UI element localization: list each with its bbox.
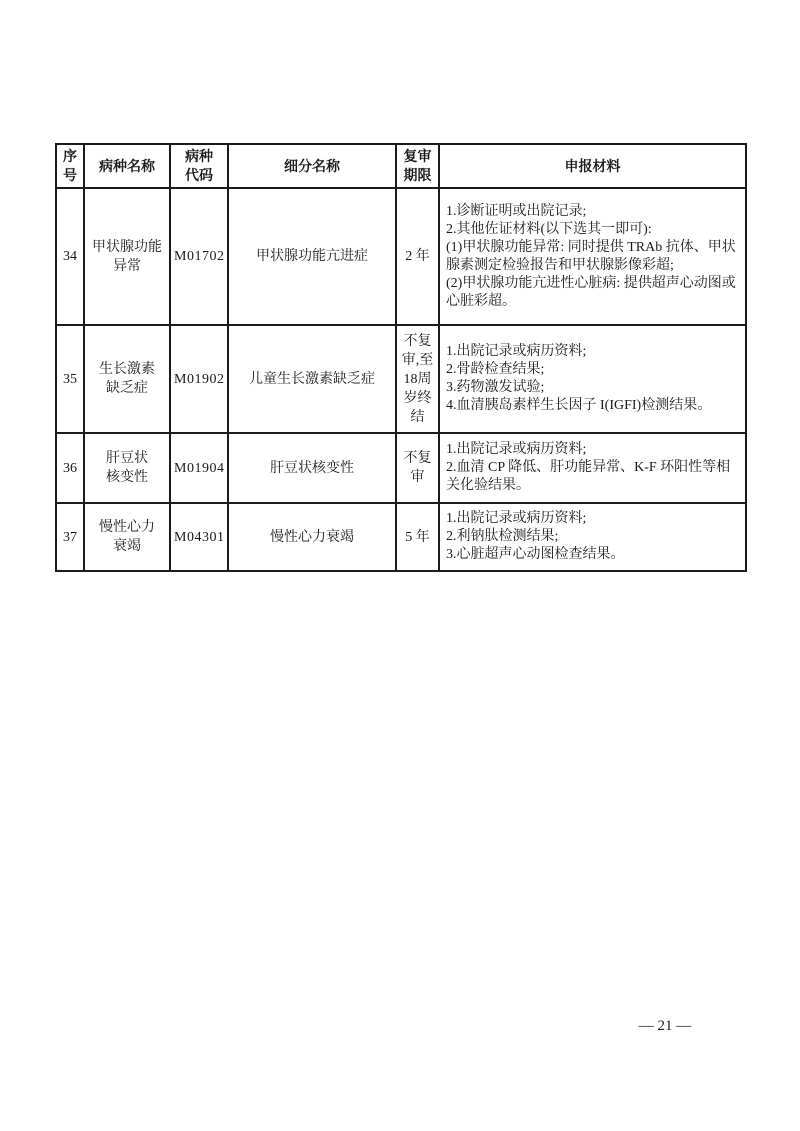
cell-materials: 1.出院记录或病历资料;2.利钠肽检测结果;3.心脏超声心动图检查结果。 [439,503,746,571]
cell-no: 35 [56,325,84,433]
cell-subdivision: 儿童生长激素缺乏症 [228,325,396,433]
disease-review-table: 序 号 病种名称 病种 代码 细分名称 复审 期限 申报材料 34 甲状腺功能 … [55,143,747,572]
table-row: 37 慢性心力 衰竭 M04301 慢性心力衰竭 5 年 1.出院记录或病历资料… [56,503,746,571]
cell-subdivision: 甲状腺功能亢进症 [228,188,396,325]
cell-disease-name: 甲状腺功能 异常 [84,188,170,325]
table-row: 35 生长激素 缺乏症 M01902 儿童生长激素缺乏症 不复审,至18周岁终结… [56,325,746,433]
table-row: 34 甲状腺功能 异常 M01702 甲状腺功能亢进症 2 年 1.诊断证明或出… [56,188,746,325]
material-item: 1.诊断证明或出院记录; [446,203,739,221]
page-number: — 21 — [600,1018,730,1035]
cell-disease-code: M01902 [170,325,228,433]
table-row: 36 肝豆状 核变性 M01904 肝豆状核变性 不复审 1.出院记录或病历资料… [56,433,746,503]
cell-disease-name: 慢性心力 衰竭 [84,503,170,571]
document-page: 序 号 病种名称 病种 代码 细分名称 复审 期限 申报材料 34 甲状腺功能 … [0,0,800,1131]
material-item: 3.心脏超声心动图检查结果。 [446,546,739,564]
cell-materials: 1.出院记录或病历资料;2.骨龄检查结果;3.药物激发试验;4.血清胰岛素样生长… [439,325,746,433]
material-item: 2.骨龄检查结果; [446,361,739,379]
cell-review-period: 不复审 [396,433,439,503]
material-item: 1.出院记录或病历资料; [446,510,739,528]
cell-disease-name: 生长激素 缺乏症 [84,325,170,433]
header-disease-name: 病种名称 [84,144,170,188]
cell-disease-code: M01702 [170,188,228,325]
cell-materials: 1.诊断证明或出院记录;2.其他佐证材料(以下选其一即可):(1)甲状腺功能异常… [439,188,746,325]
material-item: 1.出院记录或病历资料; [446,343,739,361]
cell-no: 37 [56,503,84,571]
header-review-period: 复审 期限 [396,144,439,188]
cell-no: 36 [56,433,84,503]
header-disease-code: 病种 代码 [170,144,228,188]
material-item: (2)甲状腺功能亢进性心脏病: 提供超声心动图或心脏彩超。 [446,275,739,311]
material-item: 2.利钠肽检测结果; [446,528,739,546]
cell-review-period: 2 年 [396,188,439,325]
table-header-row: 序 号 病种名称 病种 代码 细分名称 复审 期限 申报材料 [56,144,746,188]
header-subdivision: 细分名称 [228,144,396,188]
material-item: 4.血清胰岛素样生长因子 I(IGFI)检测结果。 [446,397,739,415]
cell-review-period: 不复审,至18周岁终结 [396,325,439,433]
material-item: 1.出院记录或病历资料; [446,441,739,459]
header-no: 序 号 [56,144,84,188]
cell-no: 34 [56,188,84,325]
cell-subdivision: 肝豆状核变性 [228,433,396,503]
cell-materials: 1.出院记录或病历资料;2.血清 CP 降低、肝功能异常、K-F 环阳性等相关化… [439,433,746,503]
material-item: 2.其他佐证材料(以下选其一即可): [446,221,739,239]
cell-disease-code: M01904 [170,433,228,503]
cell-disease-code: M04301 [170,503,228,571]
material-item: (1)甲状腺功能异常: 同时提供 TRAb 抗体、甲状腺素测定检验报告和甲状腺影… [446,239,739,275]
material-item: 2.血清 CP 降低、肝功能异常、K-F 环阳性等相关化验结果。 [446,459,739,495]
material-item: 3.药物激发试验; [446,379,739,397]
cell-subdivision: 慢性心力衰竭 [228,503,396,571]
cell-disease-name: 肝豆状 核变性 [84,433,170,503]
header-materials: 申报材料 [439,144,746,188]
cell-review-period: 5 年 [396,503,439,571]
